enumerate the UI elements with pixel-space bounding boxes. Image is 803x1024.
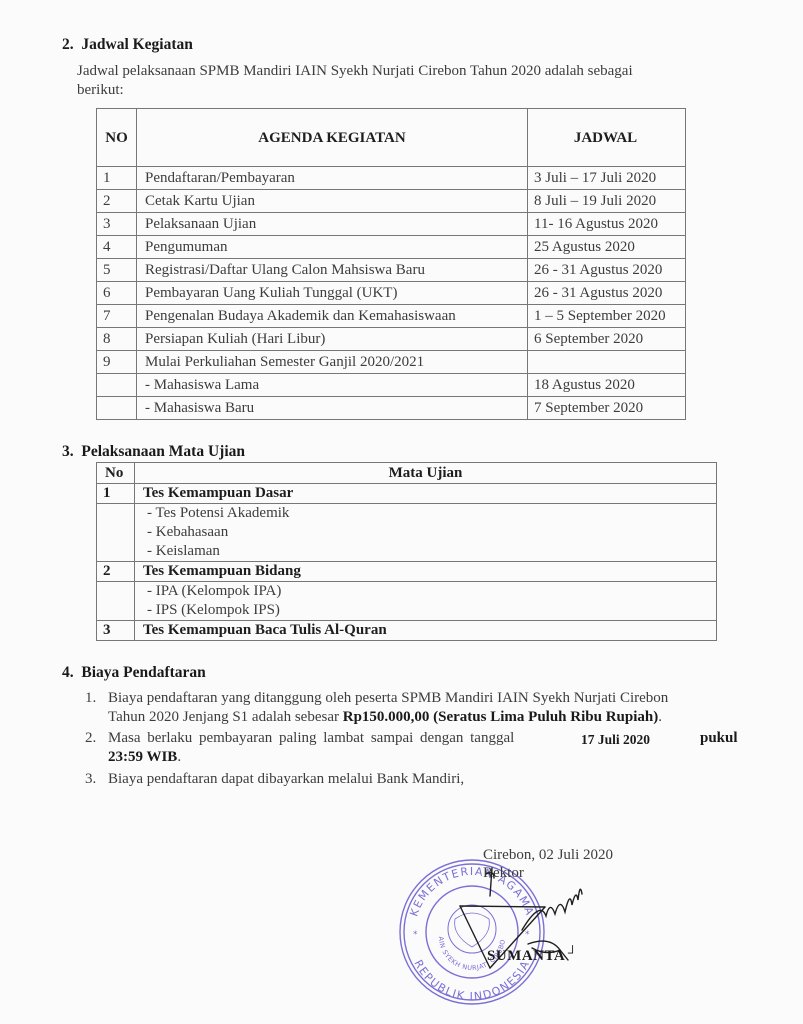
- row-jadwal: 26 - 31 Agustus 2020: [528, 259, 686, 282]
- fee-item-1-number: 1.: [85, 690, 108, 707]
- fee-item-1-line1: 1.Biaya pendaftaran yang ditanggung oleh…: [85, 690, 668, 707]
- row-agenda: Pengumuman: [137, 236, 528, 259]
- fee-item-1-text: Biaya pendaftaran yang ditanggung oleh p…: [108, 690, 668, 706]
- empty-no-cell: [97, 582, 135, 621]
- row-no: 7: [97, 305, 137, 328]
- schedule-table-row: - Mahasiswa Baru7 September 2020: [97, 397, 686, 420]
- section-2-intro-line2: berikut:: [77, 82, 124, 99]
- fee-amount: Rp150.000,00 (Seratus Lima Puluh Ribu Ru…: [343, 709, 658, 725]
- exam-subitem: - Keislaman: [143, 542, 708, 561]
- group-title: Tes Kemampuan Bidang: [135, 562, 717, 582]
- payment-deadline-time: 23:59 WIB: [108, 749, 177, 765]
- row-agenda: - Mahasiswa Baru: [137, 397, 528, 420]
- row-no: 6: [97, 282, 137, 305]
- exam-group-row: 3Tes Kemampuan Baca Tulis Al-Quran: [97, 621, 717, 641]
- row-no: 9: [97, 351, 137, 374]
- schedule-table-row: 9Mulai Perkuliahan Semester Ganjil 2020/…: [97, 351, 686, 374]
- row-jadwal: 26 - 31 Agustus 2020: [528, 282, 686, 305]
- row-jadwal: [528, 351, 686, 374]
- group-no: 3: [97, 621, 135, 641]
- row-jadwal: 7 September 2020: [528, 397, 686, 420]
- svg-text:*: *: [413, 930, 419, 940]
- exam-group-row: 1Tes Kemampuan Dasar: [97, 484, 717, 504]
- section-2-title: Jadwal Kegiatan: [81, 36, 193, 53]
- section-2-heading: 2. Jadwal Kegiatan: [62, 36, 193, 54]
- section-3-heading: 3. Pelaksanaan Mata Ujian: [62, 443, 245, 461]
- row-no: 4: [97, 236, 137, 259]
- fee-item-1-text-prefix: Tahun 2020 Jenjang S1 adalah sebesar: [108, 709, 343, 725]
- row-agenda: Registrasi/Daftar Ulang Calon Mahsiswa B…: [137, 259, 528, 282]
- exam-table-header: No Mata Ujian: [97, 463, 717, 484]
- fee-item-2-line2: 23:59 WIB.: [108, 749, 181, 766]
- schedule-table-header: NO AGENDA KEGIATAN JADWAL: [97, 109, 686, 167]
- row-agenda: - Mahasiswa Lama: [137, 374, 528, 397]
- row-jadwal: 25 Agustus 2020: [528, 236, 686, 259]
- section-4-number: 4.: [62, 664, 74, 681]
- row-agenda: Persiapan Kuliah (Hari Libur): [137, 328, 528, 351]
- group-no: 1: [97, 484, 135, 504]
- row-jadwal: 11- 16 Agustus 2020: [528, 213, 686, 236]
- exam-subitem: - IPA (Kelompok IPA): [143, 582, 708, 601]
- fee-item-3-text: Biaya pendaftaran dapat dibayarkan melal…: [108, 771, 464, 787]
- fee-item-2-suffix: .: [177, 749, 181, 765]
- exam-subjects-table: No Mata Ujian 1Tes Kemampuan Dasar- Tes …: [96, 462, 717, 641]
- schedule-table-row: 4Pengumuman25 Agustus 2020: [97, 236, 686, 259]
- row-agenda: Cetak Kartu Ujian: [137, 190, 528, 213]
- section-2-intro-line1: Jadwal pelaksanaan SPMB Mandiri IAIN Sye…: [77, 63, 633, 80]
- schedule-table-row: 7Pengenalan Budaya Akademik dan Kemahasi…: [97, 305, 686, 328]
- fee-item-3-number: 3.: [85, 771, 108, 788]
- row-no: 2: [97, 190, 137, 213]
- signatory-name: SUMANTA: [487, 948, 565, 965]
- row-agenda: Pendaftaran/Pembayaran: [137, 167, 528, 190]
- row-jadwal: 18 Agustus 2020: [528, 374, 686, 397]
- exam-group-row: 2Tes Kemampuan Bidang: [97, 562, 717, 582]
- section-4-title: Biaya Pendaftaran: [81, 664, 205, 681]
- exam-subitem: - Tes Potensi Akademik: [143, 504, 708, 523]
- subitems-cell: - Tes Potensi Akademik- Kebahasaan- Keis…: [135, 504, 717, 562]
- row-agenda: Mulai Perkuliahan Semester Ganjil 2020/2…: [137, 351, 528, 374]
- schedule-table-row: 8Persiapan Kuliah (Hari Libur)6 Septembe…: [97, 328, 686, 351]
- fee-item-2-line1: 2.Masa berlaku pembayaran paling lambat …: [85, 730, 514, 747]
- schedule-table-row: 2Cetak Kartu Ujian8 Juli – 19 Juli 2020: [97, 190, 686, 213]
- payment-deadline-pukul: pukul: [700, 730, 738, 747]
- header-mata-ujian: Mata Ujian: [135, 463, 717, 484]
- exam-subitem: - IPS (Kelompok IPS): [143, 601, 708, 620]
- fee-item-1-line2: Tahun 2020 Jenjang S1 adalah sebesar Rp1…: [108, 709, 662, 726]
- schedule-table-row: 3Pelaksanaan Ujian11- 16 Agustus 2020: [97, 213, 686, 236]
- row-no: [97, 397, 137, 420]
- header-jadwal: JADWAL: [528, 109, 686, 167]
- section-2-number: 2.: [62, 36, 74, 53]
- group-no: 2: [97, 562, 135, 582]
- exam-subitems-row: - IPA (Kelompok IPA)- IPS (Kelompok IPS): [97, 582, 717, 621]
- exam-subitem: - Kebahasaan: [143, 523, 708, 542]
- row-agenda: Pengenalan Budaya Akademik dan Kemahasis…: [137, 305, 528, 328]
- row-jadwal: 3 Juli – 17 Juli 2020: [528, 167, 686, 190]
- schedule-table-row: 5Registrasi/Daftar Ulang Calon Mahsiswa …: [97, 259, 686, 282]
- schedule-table: NO AGENDA KEGIATAN JADWAL 1Pendaftaran/P…: [96, 108, 686, 420]
- empty-no-cell: [97, 504, 135, 562]
- row-jadwal: 6 September 2020: [528, 328, 686, 351]
- exam-subitems-row: - Tes Potensi Akademik- Kebahasaan- Keis…: [97, 504, 717, 562]
- fee-item-2-text: Masa berlaku pembayaran paling lambat sa…: [108, 730, 514, 746]
- signature-tick-mark: ┘: [568, 945, 577, 961]
- row-no: 8: [97, 328, 137, 351]
- fee-item-3: 3.Biaya pendaftaran dapat dibayarkan mel…: [85, 771, 464, 788]
- row-agenda: Pelaksanaan Ujian: [137, 213, 528, 236]
- section-3-number: 3.: [62, 443, 74, 460]
- row-no: 5: [97, 259, 137, 282]
- row-no: 1: [97, 167, 137, 190]
- header-no: NO: [97, 109, 137, 167]
- row-agenda: Pembayaran Uang Kuliah Tunggal (UKT): [137, 282, 528, 305]
- row-jadwal: 8 Juli – 19 Juli 2020: [528, 190, 686, 213]
- row-no: 3: [97, 213, 137, 236]
- group-title: Tes Kemampuan Baca Tulis Al-Quran: [135, 621, 717, 641]
- schedule-table-row: - Mahasiswa Lama18 Agustus 2020: [97, 374, 686, 397]
- row-jadwal: 1 – 5 September 2020: [528, 305, 686, 328]
- payment-deadline-date: 17 Juli 2020: [581, 732, 650, 748]
- row-no: [97, 374, 137, 397]
- header-agenda: AGENDA KEGIATAN: [137, 109, 528, 167]
- schedule-table-row: 6Pembayaran Uang Kuliah Tunggal (UKT)26 …: [97, 282, 686, 305]
- header-no: No: [97, 463, 135, 484]
- schedule-table-row: 1Pendaftaran/Pembayaran3 Juli – 17 Juli …: [97, 167, 686, 190]
- fee-item-2-number: 2.: [85, 730, 108, 747]
- group-title: Tes Kemampuan Dasar: [135, 484, 717, 504]
- fee-item-1-suffix: .: [658, 709, 662, 725]
- section-3-title: Pelaksanaan Mata Ujian: [81, 443, 245, 460]
- section-4-heading: 4. Biaya Pendaftaran: [62, 664, 206, 682]
- subitems-cell: - IPA (Kelompok IPA)- IPS (Kelompok IPS): [135, 582, 717, 621]
